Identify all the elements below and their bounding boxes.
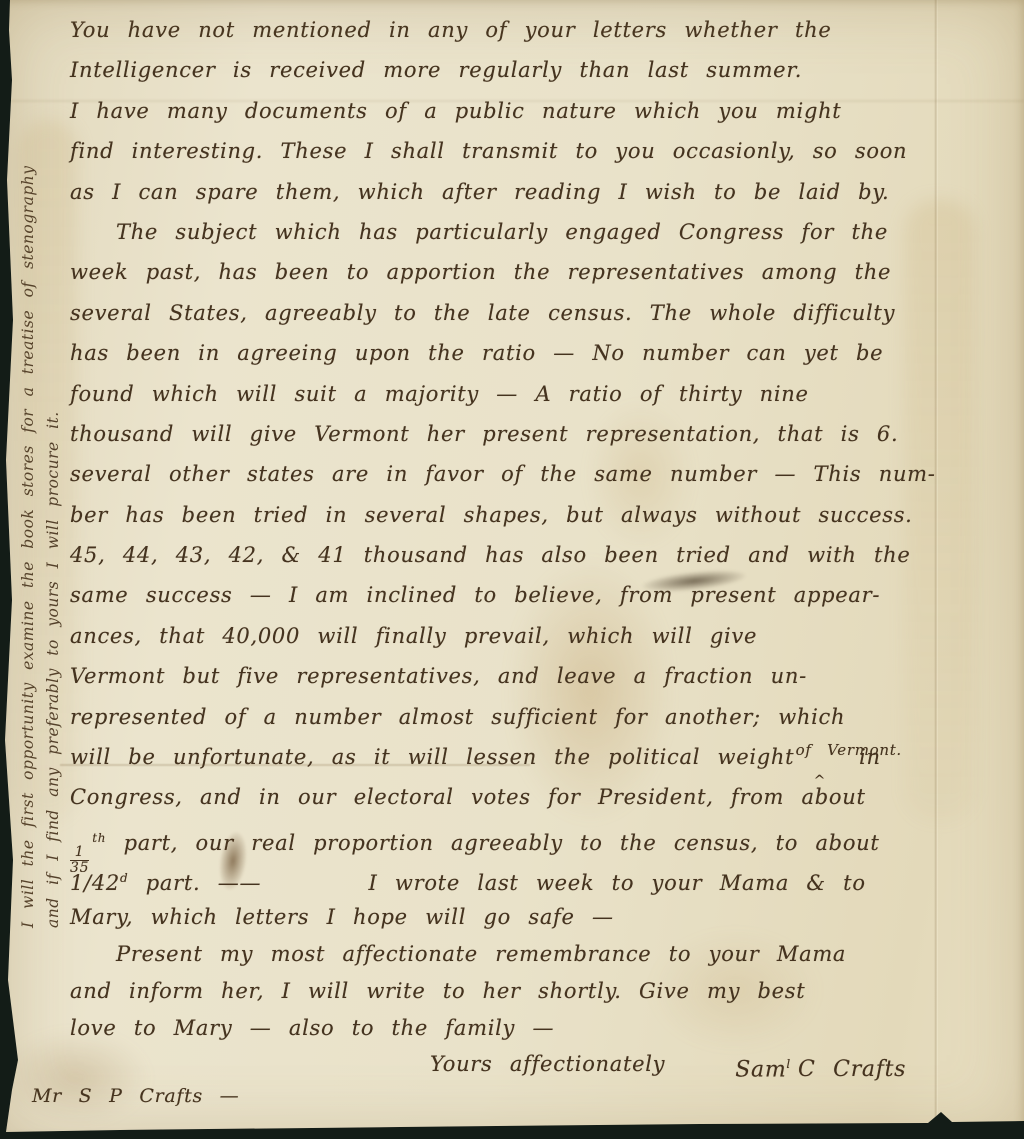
- insertion-text: of Vermont.: [796, 743, 902, 758]
- letter-body: You have not mentioned in any of your le…: [70, 10, 1004, 1111]
- letter-line: Intelligencer is received more regularly…: [70, 50, 1004, 90]
- letter-line: Mary, which letters I hope will go safe …: [70, 899, 1004, 936]
- signature-text: Sam: [735, 1057, 786, 1082]
- letter-line: Congress, and in our electoral votes for…: [70, 777, 1004, 817]
- letter-line-text: part. ——: [146, 871, 261, 895]
- letter-line: The subject which has particularly engag…: [70, 212, 1004, 252]
- letter-line: found which will suit a majority — A rat…: [70, 374, 1004, 414]
- letter-line: same success — I am inclined to believe,…: [70, 575, 1004, 615]
- letter-line: has been in agreeing upon the ratio — No…: [70, 333, 1004, 373]
- closing-text: Yours affectionately: [430, 1047, 665, 1081]
- letter-line: I have many documents of a public nature…: [70, 91, 1004, 131]
- letter-line: several other states are in favor of the…: [70, 454, 1004, 494]
- addressee-line: Mr S P Crafts —: [32, 1081, 1004, 1111]
- insertion-caret: ^: [814, 774, 826, 788]
- fraction: 1/42: [70, 871, 120, 895]
- letter-line: Present my most affectionate remembrance…: [70, 936, 1004, 973]
- letter-line: as I can spare them, which after reading…: [70, 172, 1004, 212]
- letter-line: 45, 44, 43, 42, & 41 thousand has also b…: [70, 535, 1004, 575]
- signature: SamlC Crafts: [735, 1047, 906, 1081]
- letter-line: thousand will give Vermont her present r…: [70, 414, 1004, 454]
- letter-line-with-insertion: will be unfortunate, as it will lessen t…: [70, 737, 1004, 777]
- letter-line: Vermont but five representatives, and le…: [70, 656, 1004, 696]
- closing-line: Yours affectionately SamlC Crafts: [70, 1047, 1004, 1081]
- margin-note: I will the first opportunity examine the…: [16, 8, 66, 928]
- letter-line-with-fraction: 135th part, our real proportion agreeabl…: [70, 818, 1004, 858]
- letter-line-text: I wrote last week to your Mama & to: [369, 871, 866, 895]
- letter-line: love to Mary — also to the family —: [70, 1010, 1004, 1047]
- ordinal-suffix: d: [120, 871, 128, 885]
- letter-line: week past, has been to apportion the rep…: [70, 252, 1004, 292]
- letter-line: ber has been tried in several shapes, bu…: [70, 495, 1004, 535]
- letter-line-with-fraction: 1/42d part. —— I wrote last week to your…: [70, 858, 1004, 898]
- letter-line: find interesting. These I shall transmit…: [70, 131, 1004, 171]
- margin-note-line: I will the first opportunity examine the…: [16, 8, 41, 928]
- signature-superscript: l: [786, 1057, 791, 1071]
- letter-paper: I will the first opportunity examine the…: [0, 0, 1024, 1139]
- letter-line: You have not mentioned in any of your le…: [70, 10, 1004, 50]
- margin-note-line: and if I find any preferably to yours I …: [41, 8, 66, 928]
- letter-line: represented of a number almost sufficien…: [70, 697, 1004, 737]
- letter-line-text: will be unfortunate, as it will lessen t…: [70, 745, 794, 769]
- letter-line: ances, that 40,000 will finally prevail,…: [70, 616, 1004, 656]
- signature-text: C Crafts: [798, 1057, 906, 1082]
- ordinal-suffix: th: [92, 831, 106, 845]
- letter-line: several States, agreeably to the late ce…: [70, 293, 1004, 333]
- letter-line: and inform her, I will write to her shor…: [70, 973, 1004, 1010]
